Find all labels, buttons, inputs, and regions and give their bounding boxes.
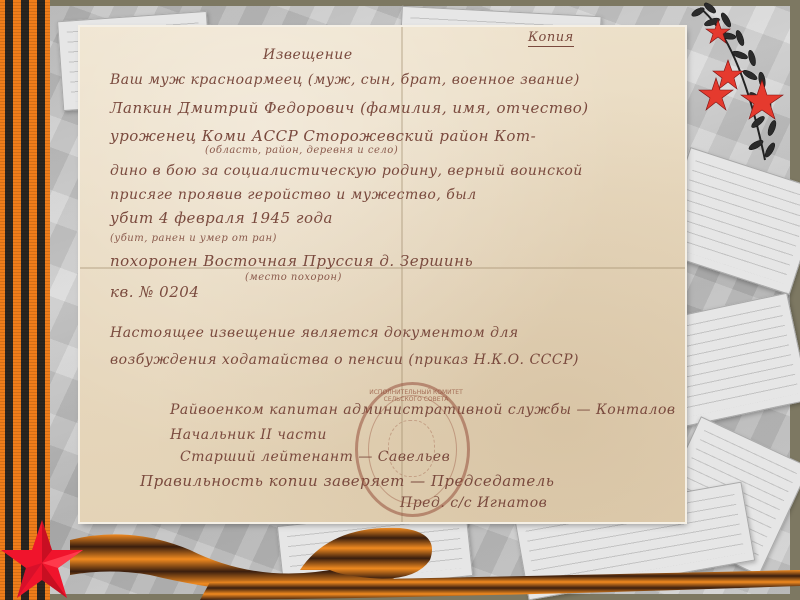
text-line: Настоящее извещение является документом … [110,325,519,341]
document-title: Извещение [263,47,353,63]
laurel-with-stars-icon [680,0,790,170]
birthplace-line: уроженец Коми АССР Сторожевский район Ко… [110,127,536,145]
red-star-icon [0,518,84,600]
soldier-name-line: Лапкин Дмитрий Федорович (фамилия, имя, … [110,99,589,117]
certification-line: Правильность копии заверяет — Председате… [140,472,554,490]
hint-line: (убит, ранен и умер от ран) [110,233,277,244]
square-number-line: кв. № 0204 [110,283,199,301]
copy-label: Копия [528,30,574,47]
text-line: дино в бою за социалистическую родину, в… [110,163,583,179]
text-line: возбуждения ходатайства о пенсии (приказ… [110,352,579,368]
hint-line: (место похорон) [245,272,342,283]
st-george-ribbon-vertical [0,0,50,600]
signature-line: Начальник II части [170,427,327,443]
hint-line: (область, район, деревня и село) [205,145,398,156]
slide: Копия Извещение Ваш муж красноармеец (му… [0,0,800,600]
official-stamp: ИСПОЛНИТЕЛЬНЫЙ КОМИТЕТ СЕЛЬСКОГО СОВЕТА [355,382,470,517]
death-notification-document: Копия Извещение Ваш муж красноармеец (му… [80,27,685,522]
text-line: присяге проявив геройство и мужество, бы… [110,187,477,203]
text-line: Ваш муж красноармеец (муж, сын, брат, во… [110,72,580,88]
death-date-line: убит 4 февраля 1945 года [110,209,333,227]
st-george-ribbon [0,520,800,600]
burial-place-line: похоронен Восточная Пруссия д. Зершинь [110,252,473,270]
